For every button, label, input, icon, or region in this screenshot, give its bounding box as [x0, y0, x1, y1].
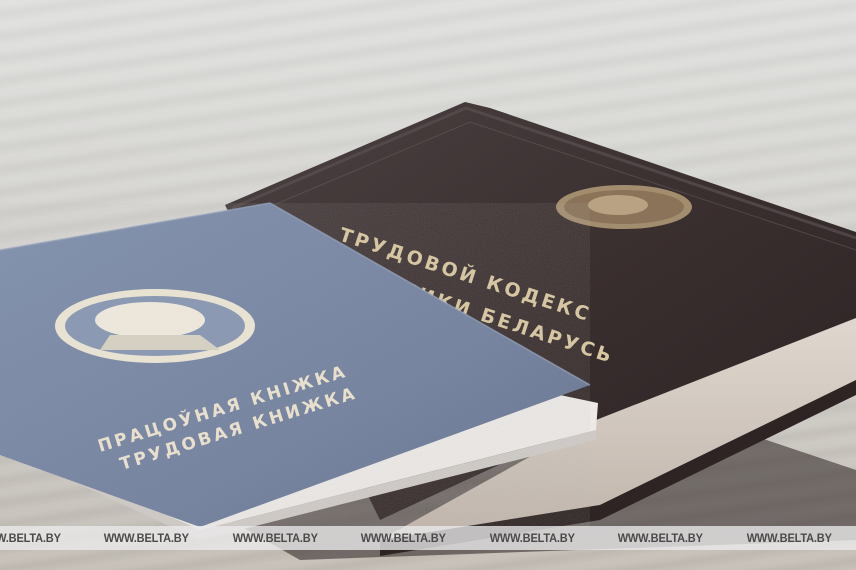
- watermark-text: WWW.BELTA.BY: [0, 531, 61, 545]
- watermark-text: WWW.BELTA.BY: [618, 531, 703, 545]
- watermark-text: WWW.BELTA.BY: [104, 531, 189, 545]
- photo: ТРУДОВОЙ КОДЕКС РЕСПУБЛИКИ БЕЛАРУСЬ ПРАЦ…: [0, 0, 856, 570]
- watermark-text: WWW.BELTA.BY: [361, 531, 446, 545]
- books-illustration: ТРУДОВОЙ КОДЕКС РЕСПУБЛИКИ БЕЛАРУСЬ ПРАЦ…: [0, 0, 856, 570]
- belta-watermark-strip: WWW.BELTA.BY WWW.BELTA.BY WWW.BELTA.BY W…: [0, 526, 856, 550]
- watermark-text: WWW.BELTA.BY: [233, 531, 318, 545]
- code-book-emblem-icon: [556, 185, 692, 229]
- watermark-text: WWW.BELTA.BY: [490, 531, 575, 545]
- labour-book-emblem-icon: [55, 289, 255, 363]
- watermark-text: WWW.BELTA.BY: [747, 531, 832, 545]
